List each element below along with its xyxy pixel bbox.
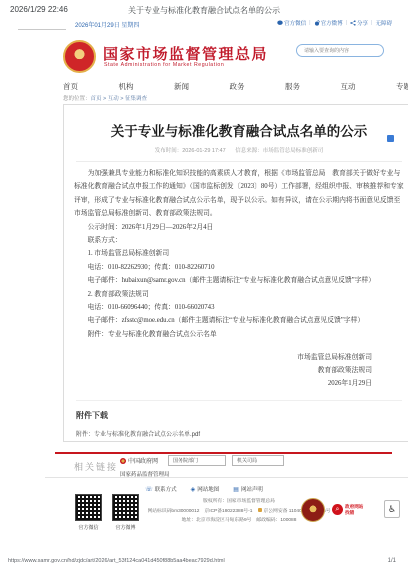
- star-icon: ★: [309, 506, 316, 514]
- breadcrumb-path[interactable]: 首页 > 互动 > 征集调查: [91, 96, 148, 102]
- postcode: 邮政编码：100088: [256, 518, 296, 523]
- search-input[interactable]: [302, 47, 378, 55]
- accessibility-link[interactable]: 无障碍: [375, 19, 392, 27]
- article-meta: 发布时间：2026-01-29 17:47 信息来源：市场监管总局标准创新司: [64, 146, 408, 154]
- gov-site-icon: [120, 458, 126, 464]
- divider: [45, 477, 408, 478]
- signature-line: 2026年1月29日: [64, 377, 372, 390]
- site-search: [296, 44, 384, 57]
- share-link[interactable]: 分享: [350, 19, 368, 27]
- attachment-file-link[interactable]: 附件：专业与标准化教育融合试点公示名单.pdf: [76, 429, 402, 438]
- nav-item-home[interactable]: 首页: [63, 81, 78, 92]
- gov-site-link[interactable]: 中国政府网: [120, 456, 158, 465]
- site-date: 2026年01月29日 星期四: [75, 20, 139, 29]
- article-panel: 关于专业与标准化教育融合试点名单的公示 发布时间：2026-01-29 17:4…: [63, 104, 408, 442]
- utility-link-label: 无障碍: [375, 19, 392, 27]
- national-emblem-logo: ★: [63, 40, 96, 73]
- nav-item-org[interactable]: 机构: [119, 81, 134, 92]
- related-links-heading: 相关链接: [74, 460, 118, 473]
- decorative-line: [18, 29, 66, 30]
- nav-item-service[interactable]: 服务: [285, 81, 300, 92]
- article-body: 为加强兼具专业能力和标准化知识技能的高素质人才教育，根据《市场监管总局 教育部关…: [74, 167, 404, 341]
- print-page-number: 1/1: [388, 558, 396, 564]
- paragraph: 附件：专业与标准化教育融合试点公示名单: [74, 328, 404, 341]
- nav-item-news[interactable]: 新闻: [174, 81, 189, 92]
- signature-block: 市场监管总局标准创新司 教育部政策法规司 2026年1月29日: [64, 351, 372, 390]
- utility-link-label: 官方微信: [284, 19, 306, 27]
- error-report-label: 政府网站 找错: [345, 504, 363, 515]
- wechat-icon: [277, 20, 283, 26]
- sitemap-link[interactable]: ◈ 网站地图: [191, 485, 220, 493]
- share-icon: [350, 20, 356, 26]
- weibo-qr-label: 官方微博: [112, 524, 139, 531]
- paragraph: 联系方式：: [74, 234, 404, 247]
- weibo-icon: [314, 20, 320, 26]
- police-badge-icon: [258, 508, 262, 512]
- red-divider: [55, 452, 392, 454]
- attachment-section: 附件下载 附件：专业与标准化教育融合试点公示名单.pdf: [76, 400, 402, 438]
- map-icon: ◈: [191, 486, 196, 493]
- star-icon: ★: [75, 51, 85, 62]
- divider: |: [371, 20, 372, 26]
- main-nav: 首页 机构 新闻 政务 服务 互动 专题: [63, 81, 408, 92]
- site-title-cn: 国家市场监督管理总局: [103, 43, 268, 64]
- signature-line: 市场监管总局标准创新司: [64, 351, 372, 364]
- site-id: 网站标识码bm30000012: [147, 509, 199, 514]
- error-report-line2: 找错: [345, 510, 363, 515]
- print-source-url: https://www.samr.gov.cn/hd/zjdc/art/2026…: [8, 558, 225, 564]
- magnifier-icon: ⌕: [332, 504, 343, 515]
- official-weibo-link[interactable]: 官方微博: [314, 19, 343, 27]
- wheelchair-icon: ♿: [388, 504, 396, 515]
- phone-icon: ☏: [145, 486, 153, 493]
- paragraph: 公示时间：2026年1月29日—2026年2月4日: [74, 221, 404, 234]
- icp-number[interactable]: 京ICP备18022388号-1: [204, 509, 252, 514]
- gov-emblem-badge: ★: [301, 498, 325, 522]
- info-source: 信息来源：市场监管总局标准创新司: [235, 148, 323, 154]
- site-statement-link[interactable]: ▤ 网站声明: [233, 485, 263, 493]
- divider: [76, 161, 402, 162]
- article-share-icon[interactable]: [387, 135, 394, 142]
- gov-site-label: 中国政府网: [128, 456, 158, 465]
- paragraph: 电话：010-82262930；传真：010-82260710: [74, 261, 404, 274]
- nav-item-gov[interactable]: 政务: [230, 81, 245, 92]
- divider: |: [309, 20, 310, 26]
- utility-link-label: 官方微博: [321, 19, 343, 27]
- weibo-qr-code: [112, 494, 139, 521]
- accessibility-button[interactable]: ♿: [384, 500, 400, 518]
- paragraph: 2. 教育部政策法规司: [74, 288, 404, 301]
- article-title: 关于专业与标准化教育融合试点名单的公示: [74, 120, 404, 140]
- footer-link-label: 网站声明: [241, 485, 263, 493]
- footer-link-label: 网站地图: [197, 485, 219, 493]
- nav-item-interact[interactable]: 互动: [341, 81, 356, 92]
- paragraph: 电子邮件：hubaixun@samr.gov.cn（邮件主题请标注“专业与标准化…: [74, 274, 404, 287]
- contact-link[interactable]: ☏ 联系方式: [145, 485, 177, 493]
- site-title-en: State Administration for Market Regulati…: [104, 62, 224, 68]
- utility-link-label: 分享: [357, 19, 368, 27]
- address: 地址：北京市海淀区马甸东路9号: [182, 518, 252, 523]
- paragraph: 电子邮件：zfsstc@moe.edu.cn（邮件主题请标注“专业与标准化教育融…: [74, 314, 404, 327]
- publish-time: 发布时间：2026-01-29 17:47: [155, 148, 226, 154]
- attachment-heading: 附件下载: [76, 410, 402, 421]
- site-error-report-badge[interactable]: ⌕ 政府网站 找错: [332, 501, 378, 518]
- print-preview-page: 2026/1/29 22:46 关于专业与标准化教育融合试点名单的公示 2026…: [0, 0, 408, 575]
- footer-link-label: 联系方式: [155, 485, 177, 493]
- official-wechat-link[interactable]: 官方微信: [277, 19, 306, 27]
- breadcrumb: 您的位置：首页 > 互动 > 征集调查: [63, 94, 147, 102]
- agency-bureaus-select[interactable]: 机关司局: [232, 455, 284, 466]
- paragraph: 为加强兼具专业能力和标准化知识技能的高素质人才教育，根据《市场监管总局 教育部关…: [74, 167, 404, 221]
- wechat-qr-code: [75, 494, 102, 521]
- paragraph: 电话：010-66096440；传真：010-66020743: [74, 301, 404, 314]
- state-council-depts-select[interactable]: 国务院部门: [168, 455, 226, 466]
- breadcrumb-label: 您的位置：: [63, 96, 91, 102]
- divider: |: [346, 20, 347, 26]
- footer-links: ☏ 联系方式 ◈ 网站地图 ▤ 网站声明: [0, 485, 408, 493]
- wechat-qr-label: 官方微信: [75, 524, 102, 531]
- nav-item-special[interactable]: 专题: [396, 81, 408, 92]
- print-document-title: 关于专业与标准化教育融合试点名单的公示: [0, 5, 408, 16]
- utility-links: 官方微信 | 官方微博 | 分享 | 无障碍: [277, 19, 392, 27]
- paragraph: 1. 市场监管总局标准创新司: [74, 247, 404, 260]
- document-icon: ▤: [233, 486, 239, 493]
- signature-line: 教育部政策法规司: [64, 364, 372, 377]
